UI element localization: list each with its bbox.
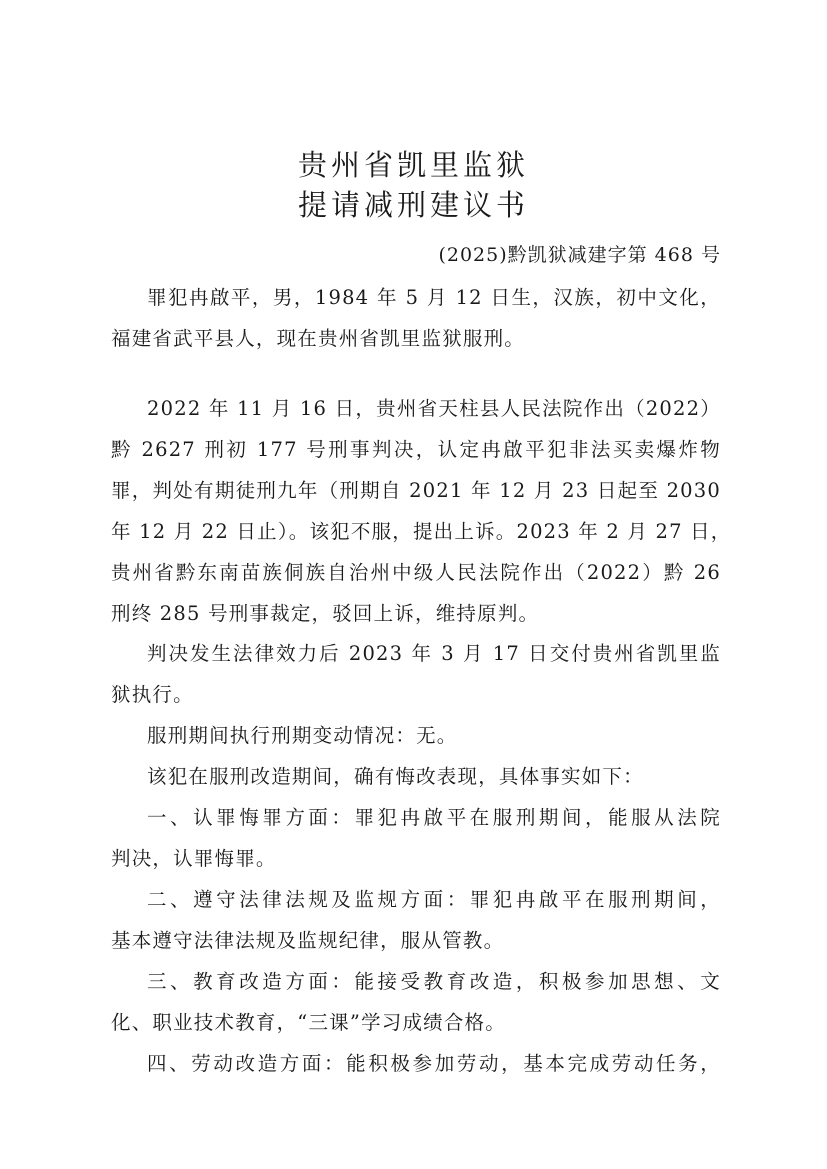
body-text-line: 年 12 月 22 日止）。该犯不服，提出上诉。2023 年 2 月 27 日， <box>111 518 721 546</box>
body-text-line: 该犯在服刑改造期间，确有悔改表现，具体事实如下： <box>147 763 721 791</box>
body-text-line: 四、劳动改造方面：能积极参加劳动，基本完成劳动任务， <box>147 1050 721 1078</box>
body-text-line: 判决，认罪悔罪。 <box>111 845 721 873</box>
body-text-line: 贵州省黔东南苗族侗族自治州中级人民法院作出（2022）黔 26 <box>111 559 721 587</box>
body-text-line: 三、教育改造方面：能接受教育改造，积极参加思想、文 <box>147 968 721 996</box>
body-text-line: 2022 年 11 月 16 日，贵州省天柱县人民法院作出（2022） <box>147 395 721 423</box>
body-text-line: 一、认罪悔罪方面：罪犯冉啟平在服刑期间，能服从法院 <box>147 804 721 832</box>
body-text-line: 二、遵守法律法规及监规方面：罪犯冉啟平在服刑期间， <box>147 886 721 914</box>
document-title-type: 提请减刑建议书 <box>0 187 827 223</box>
document-number: (2025)黔凯狱减建字第 468 号 <box>438 241 721 269</box>
body-text-line: 狱执行。 <box>111 681 721 709</box>
body-text-line: 判决发生法律效力后 2023 年 3 月 17 日交付贵州省凯里监 <box>147 640 721 668</box>
body-text-line: 基本遵守法律法规及监规纪律，服从管教。 <box>111 927 721 955</box>
document-title-institution: 贵州省凯里监狱 <box>0 147 827 183</box>
body-text-line: 黔 2627 刑初 177 号刑事判决，认定冉啟平犯非法买卖爆炸物 <box>111 436 721 464</box>
body-text-line: 福建省武平县人，现在贵州省凯里监狱服刑。 <box>111 325 721 353</box>
body-text-line: 罪，判处有期徒刑九年（刑期自 2021 年 12 月 23 日起至 2030 <box>111 477 721 505</box>
body-text-line: 罪犯冉啟平，男，1984 年 5 月 12 日生，汉族，初中文化， <box>147 284 721 312</box>
body-text-line: 化、职业技术教育，“三课”学习成绩合格。 <box>111 1009 721 1037</box>
body-text-line: 刑终 285 号刑事裁定，驳回上诉，维持原判。 <box>111 600 721 628</box>
body-text-line: 服刑期间执行刑期变动情况：无。 <box>147 722 721 750</box>
